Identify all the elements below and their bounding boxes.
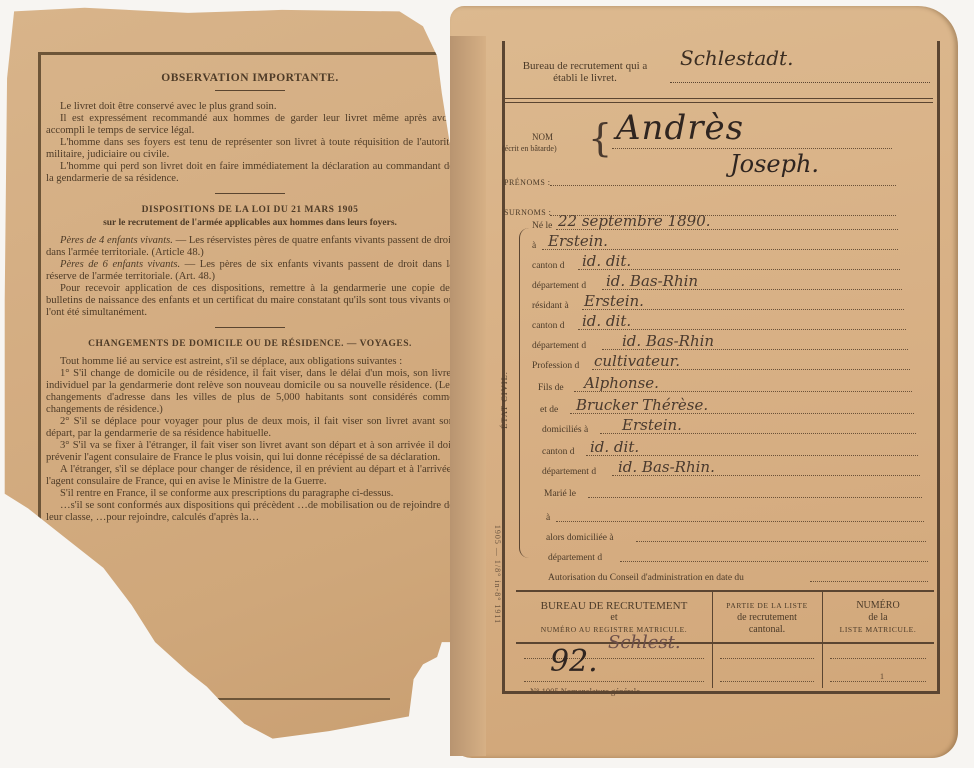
field-label: à [532,241,536,251]
registry-number: 92. [550,644,598,679]
bureau-label: Bureau de recrutement qui a établi le li… [510,60,660,84]
field-label: canton d [532,321,564,331]
header-line: PARTIE DE LA LISTE [712,600,822,612]
observation-paragraph: L'homme qui perd son livret doit en fair… [46,161,454,185]
field-value: 22 septembre 1890. [558,212,711,230]
divider [215,327,285,328]
field-label: Fils de [538,383,564,393]
field-value: id. dit. [582,252,631,270]
field-birth-place: à Erstein. [532,232,898,254]
field-profession: Profession d cultivateur. [532,352,910,374]
bureau-row: Bureau de recrutement qui a établi le li… [510,60,930,100]
field-label: département d [532,281,586,291]
field-label: canton d [542,447,574,457]
name-sublabel: (écrit en bâtarde) [502,144,557,153]
field-value: id. dit. [590,438,639,456]
field-label: Né le [532,221,552,231]
field-label: Profession d [532,361,579,371]
dotted-line [670,82,930,83]
law-title: DISPOSITIONS DE LA LOI DU 21 MARS 1905 [46,204,454,216]
field-label: résidant à [532,301,569,311]
dotted-line [720,658,814,659]
field-label: département d [542,467,596,477]
field-value: id. Bas-Rhin [622,332,714,350]
instructions-text: OBSERVATION IMPORTANTE. Le livret doit ê… [46,72,454,530]
field-value: Erstein. [622,416,682,434]
dotted-line [556,521,924,522]
dotted-line [550,185,896,186]
registry-col-header: NUMÉRO de la LISTE MATRICULE. [822,592,934,644]
divider [215,90,285,91]
observation-paragraph: L'homme dans ses foyers est tenu de repr… [46,137,454,161]
etat-civil-label: ÉTAT CIVIL. [499,371,509,429]
field-parents-domicile: domiciliés à Erstein. [542,416,916,438]
field-parents-canton: canton d id. dit. [542,438,918,460]
field-value: Erstein. [584,292,644,310]
changes-paragraph: 3° S'il va se fixer à l'étranger, il fai… [46,440,454,464]
header-line: NUMÉRO [822,600,934,612]
changes-paragraph: A l'étranger, s'il se déplace pour chang… [46,464,454,488]
changes-paragraph: 2° S'il se déplace pour voyager pour plu… [46,416,454,440]
changes-paragraph: 1° S'il change de domicile ou de résiden… [46,368,454,416]
footer-note: N° 1005 Nomenclature générale. [530,686,642,696]
field-value: id. Bas-Rhin [606,272,698,290]
page-spine [450,36,486,756]
field-label: à [546,513,550,523]
changes-title: CHANGEMENTS DE DOMICILE OU DE RÉSIDENCE.… [46,338,454,350]
printer-code: 1905 — 1/8° in-8° 1911 [493,525,502,624]
field-birth-canton: canton d id. dit. [532,252,900,274]
field-label: PRÉNOMS : [504,178,551,187]
law-paragraph-lead: Pères de 4 enfants vivants. [60,235,173,246]
dotted-line [636,541,926,542]
header-line: de recrutement [712,612,822,624]
observation-paragraph: Il est expressément recommandé aux homme… [46,113,454,137]
bureau-value: Schlestadt. [680,46,793,70]
changes-paragraph: S'il rentre en France, il se conforme au… [46,488,454,500]
dotted-line [620,561,928,562]
changes-paragraph: Tout homme lié au service est astreint, … [46,356,454,368]
law-section: DISPOSITIONS DE LA LOI DU 21 MARS 1905 s… [46,204,454,328]
field-value: Erstein. [548,232,608,250]
field-birth-date: Né le 22 septembre 1890. [532,212,898,234]
dotted-line [810,581,928,582]
dotted-line [588,497,922,498]
registry-col-matricule-number: NUMÉRO de la LISTE MATRICULE. [822,592,934,688]
field-label: département d [548,553,602,563]
dotted-line [524,681,704,682]
dotted-line [720,681,814,682]
law-paragraph: Pères de 4 enfants vivants. — Les réserv… [46,235,454,259]
law-paragraph-lead: Pères de 6 enfants vivants. [60,259,180,270]
field-value: Brucker Thérèse. [576,396,708,414]
double-rule [505,98,933,103]
field-value: id. dit. [582,312,631,330]
dotted-line [830,681,926,682]
name-label: NOM [532,132,553,142]
registry-col-header: PARTIE DE LA LISTE de recrutement canton… [712,592,822,644]
header-line: cantonal. [712,624,822,636]
field-married-place: à [546,504,924,526]
header-line: BUREAU DE RECRUTEMENT [516,600,712,612]
header-line: et [516,612,712,624]
dotted-line [830,658,926,659]
field-label: et de [540,405,558,415]
field-label: Autorisation du Conseil d'administration… [548,573,744,583]
law-paragraph: Pour recevoir application de ces disposi… [46,283,454,319]
field-parents-department: département d id. Bas-Rhin. [542,458,920,480]
surname-value: Andrès [616,108,744,148]
left-page-instructions: OBSERVATION IMPORTANTE. Le livret doit ê… [0,4,470,746]
field-spouse-department: département d [548,544,928,566]
field-label: domiciliés à [542,425,588,435]
dotted-line [612,148,892,149]
field-married-date: Marié le [544,480,922,502]
field-birth-department: département d id. Bas-Rhin [532,272,902,294]
field-label: Marié le [544,489,576,499]
field-value: Alphonse. [584,374,659,392]
registry-bureau: Schlest. [608,632,681,653]
registry-table: BUREAU DE RECRUTEMENT et NUMÉRO AU REGIS… [516,590,934,718]
field-label: canton d [532,261,564,271]
field-prenoms: PRÉNOMS : [504,168,896,190]
observation-section: OBSERVATION IMPORTANTE. Le livret doit ê… [46,72,454,194]
field-label: département d [532,341,586,351]
header-line: de la [822,612,934,624]
field-value: id. Bas-Rhin. [618,458,715,476]
page-frame-bottom-rule [210,698,390,700]
changes-paragraph: …s'il se sont conformés aux dispositions… [46,500,454,524]
law-subtitle: sur le recrutement de l'armée applicable… [46,217,454,229]
etat-civil-bracket [519,228,530,558]
observation-paragraph: Le livret doit être conservé avec le plu… [46,101,454,113]
field-spouse-domicile: alors domiciliée à [546,524,926,546]
registry-col-list-part: PARTIE DE LA LISTE de recrutement canton… [712,592,823,688]
changes-section: CHANGEMENTS DE DOMICILE OU DE RÉSIDENCE.… [46,338,454,524]
law-paragraph: Pères de 6 enfants vivants. — Les pères … [46,259,454,283]
field-father: Fils de Alphonse. [538,374,912,396]
brace-glyph: { [588,116,612,160]
field-value: cultivateur. [594,352,680,370]
divider [215,193,285,194]
field-residence: résidant à Erstein. [532,292,904,314]
field-council-authorization: Autorisation du Conseil d'administration… [548,564,928,586]
field-residence-canton: canton d id. dit. [532,312,906,334]
field-mother: et de Brucker Thérèse. [540,396,914,418]
field-label: alors domiciliée à [546,533,614,543]
registry-col-bureau: BUREAU DE RECRUTEMENT et NUMÉRO AU REGIS… [516,592,713,688]
field-residence-department: département d id. Bas-Rhin [532,332,908,354]
observation-title: OBSERVATION IMPORTANTE. [46,72,454,84]
header-line: LISTE MATRICULE. [822,624,934,636]
page-number: 1 [880,672,884,681]
